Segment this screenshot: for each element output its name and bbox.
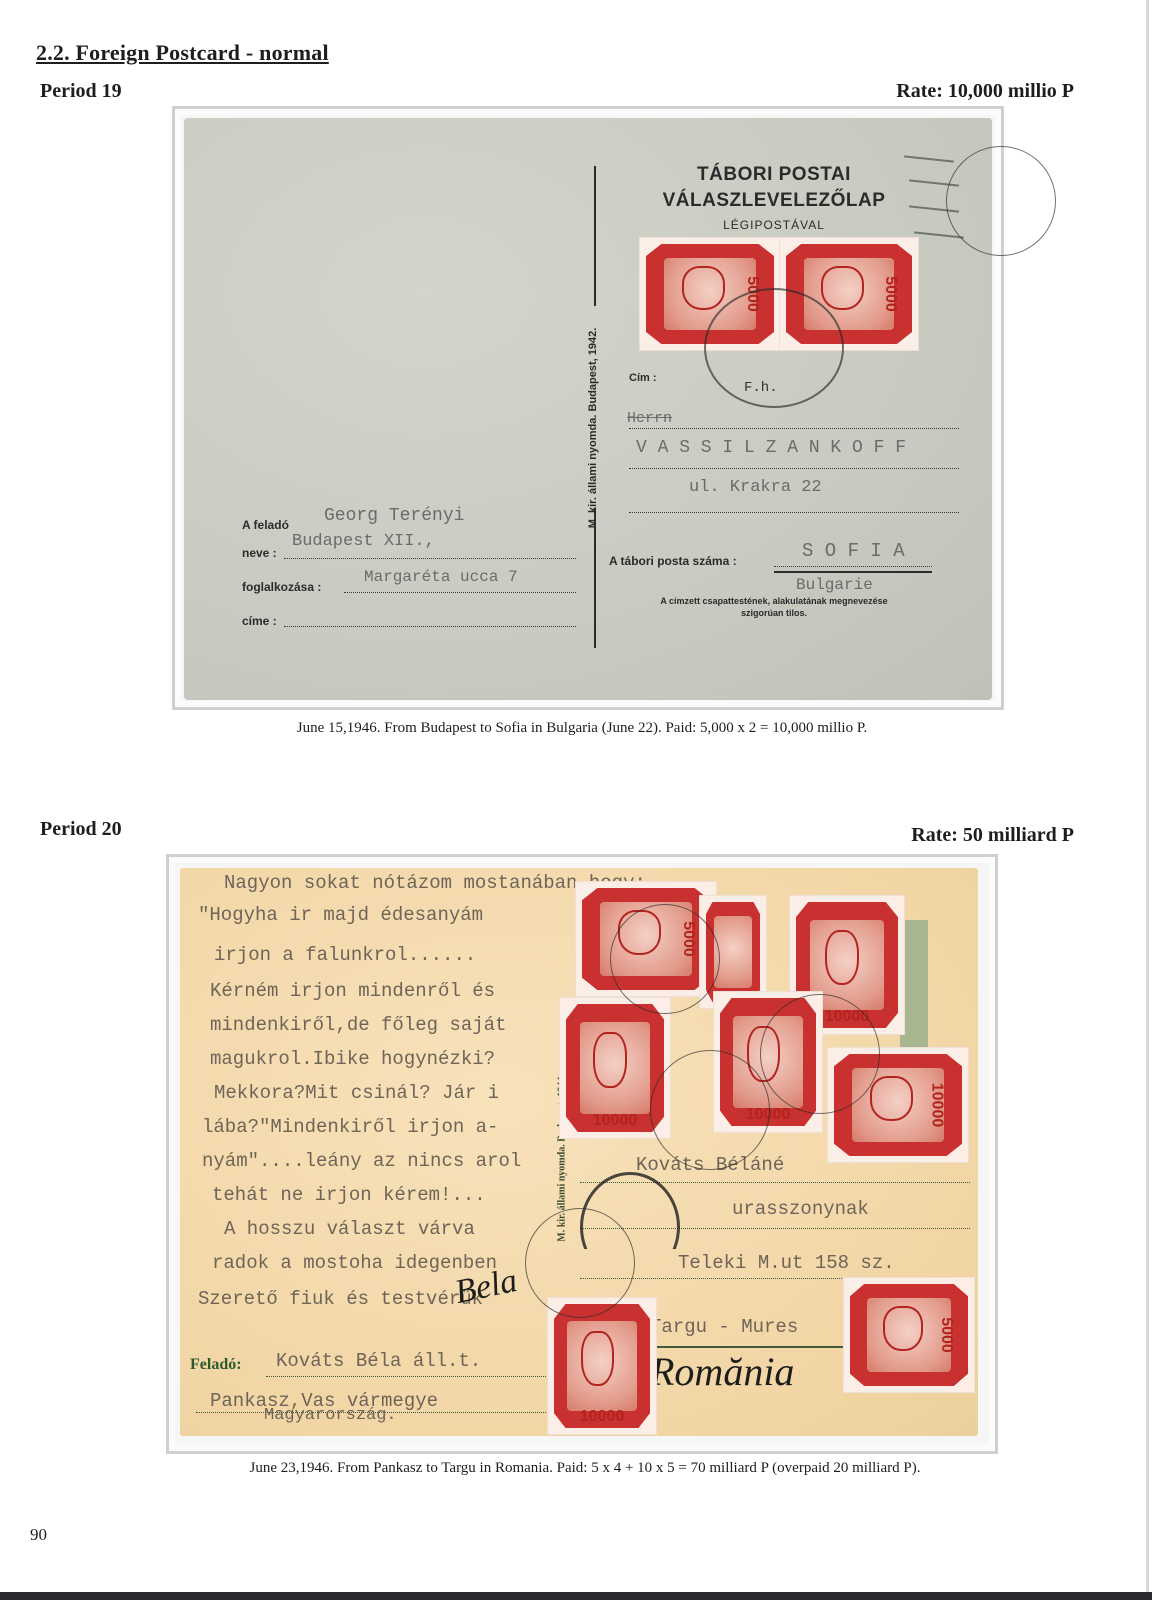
card-heading: VÁLASZLEVELEZŐLAP: [624, 190, 924, 212]
sender-label: neve :: [242, 546, 277, 560]
sender-label: foglalkozása :: [242, 580, 321, 594]
sender-label: A feladó: [242, 518, 289, 532]
printer-imprint: M. kir. állami nyomda. Budapest, 1942.: [578, 278, 608, 578]
message-line: irjon a falunkrol......: [214, 944, 476, 966]
sender-name: Georg Terényi: [324, 506, 464, 526]
scan-edge: [0, 1592, 1152, 1600]
card-subheading: LÉGIPOSTÁVAL: [624, 218, 924, 232]
message-line: A hosszu választ várva: [224, 1218, 475, 1240]
cancel-line: [904, 155, 954, 162]
period-label: Period 20: [40, 818, 122, 841]
message-line: lába?"Mindenkiről irjon a-: [202, 1116, 498, 1138]
postmark: [760, 994, 880, 1114]
postcard-period-20: Nagyon sokat nótázom mostanában hogy: "H…: [180, 868, 978, 1436]
message-line: nyám"....leány az nincs arol: [202, 1150, 521, 1172]
postmark: [610, 904, 720, 1014]
exhibit-caption: June 23,1946. From Pankasz to Targu in R…: [150, 1460, 1020, 1477]
sender-line: [284, 558, 576, 559]
stamp-10000: 10000: [548, 1298, 656, 1434]
notice-text: szigorúan tilos.: [604, 608, 944, 618]
rate-label: Rate: 50 milliard P: [911, 824, 1074, 847]
field-post-label: A tábori posta száma :: [609, 554, 737, 568]
period-label: Period 19: [40, 80, 122, 103]
message-line: Kérném irjon mindenről és: [210, 980, 495, 1002]
address-line: [629, 512, 959, 513]
sender-street: Margaréta ucca 7: [364, 568, 518, 586]
message-line: "Hogyha ir majd édesanyám: [198, 904, 483, 926]
postmark-text: F.h.: [744, 380, 778, 396]
message-line: Mekkora?Mit csinál? Jár i: [214, 1082, 499, 1104]
sender-label: címe :: [242, 614, 277, 628]
address-label: Cím :: [629, 372, 657, 384]
stamp-5000: 5000: [844, 1278, 974, 1392]
message-line: Szerető fiuk és testvérük: [198, 1288, 483, 1310]
section-title: 2.2. Foreign Postcard - normal: [36, 40, 329, 66]
recipient-street: Teleki M.ut 158 sz.: [678, 1252, 895, 1274]
recipient-name: V A S S I L Z A N K O F F: [636, 438, 906, 458]
message-line: mindenkiről,de főleg saját: [210, 1014, 506, 1036]
address-line: [774, 566, 932, 567]
sender-line: [344, 592, 576, 593]
message-line: radok a mostoha idegenben: [212, 1252, 497, 1274]
machine-postmark: [946, 146, 1056, 256]
address-line: [629, 428, 959, 429]
postcard-period-19: M. kir. állami nyomda. Budapest, 1942. T…: [184, 118, 992, 700]
sender-name: Kováts Béla áll.t.: [276, 1350, 481, 1372]
address-line: [629, 468, 959, 469]
address-underline: [774, 571, 932, 573]
rate-label: Rate: 10,000 millio P: [896, 80, 1074, 103]
recipient-salutation: Herrn: [627, 410, 672, 427]
card-heading: TÁBORI POSTAI: [624, 164, 924, 186]
recipient-city: Targu - Mures: [650, 1316, 798, 1338]
recipient-title: urasszonynak: [732, 1198, 869, 1220]
sender-country: Magyarország.: [264, 1406, 397, 1425]
recipient-city: S O F I A: [802, 540, 905, 562]
sender-line: [284, 626, 576, 627]
sender-line: [266, 1376, 546, 1377]
page-edge: [1146, 0, 1149, 1592]
message-line: tehát ne irjon kérem!...: [212, 1184, 486, 1206]
recipient-country-handwritten: Romănia: [650, 1348, 794, 1395]
recipient-country: Bulgarie: [796, 576, 873, 594]
message-line: magukrol.Ibike hogynézki?: [210, 1048, 495, 1070]
recipient-street: ul. Krakra 22: [689, 478, 822, 497]
postmark: [650, 1050, 770, 1170]
notice-text: A címzett csapattestének, alakulatának m…: [604, 596, 944, 606]
exhibit-caption: June 15,1946. From Budapest to Sofia in …: [222, 720, 942, 737]
sender-city: Budapest XII.,: [292, 532, 435, 551]
sender-label: Feladó:: [190, 1356, 242, 1374]
page-number: 90: [30, 1525, 47, 1545]
